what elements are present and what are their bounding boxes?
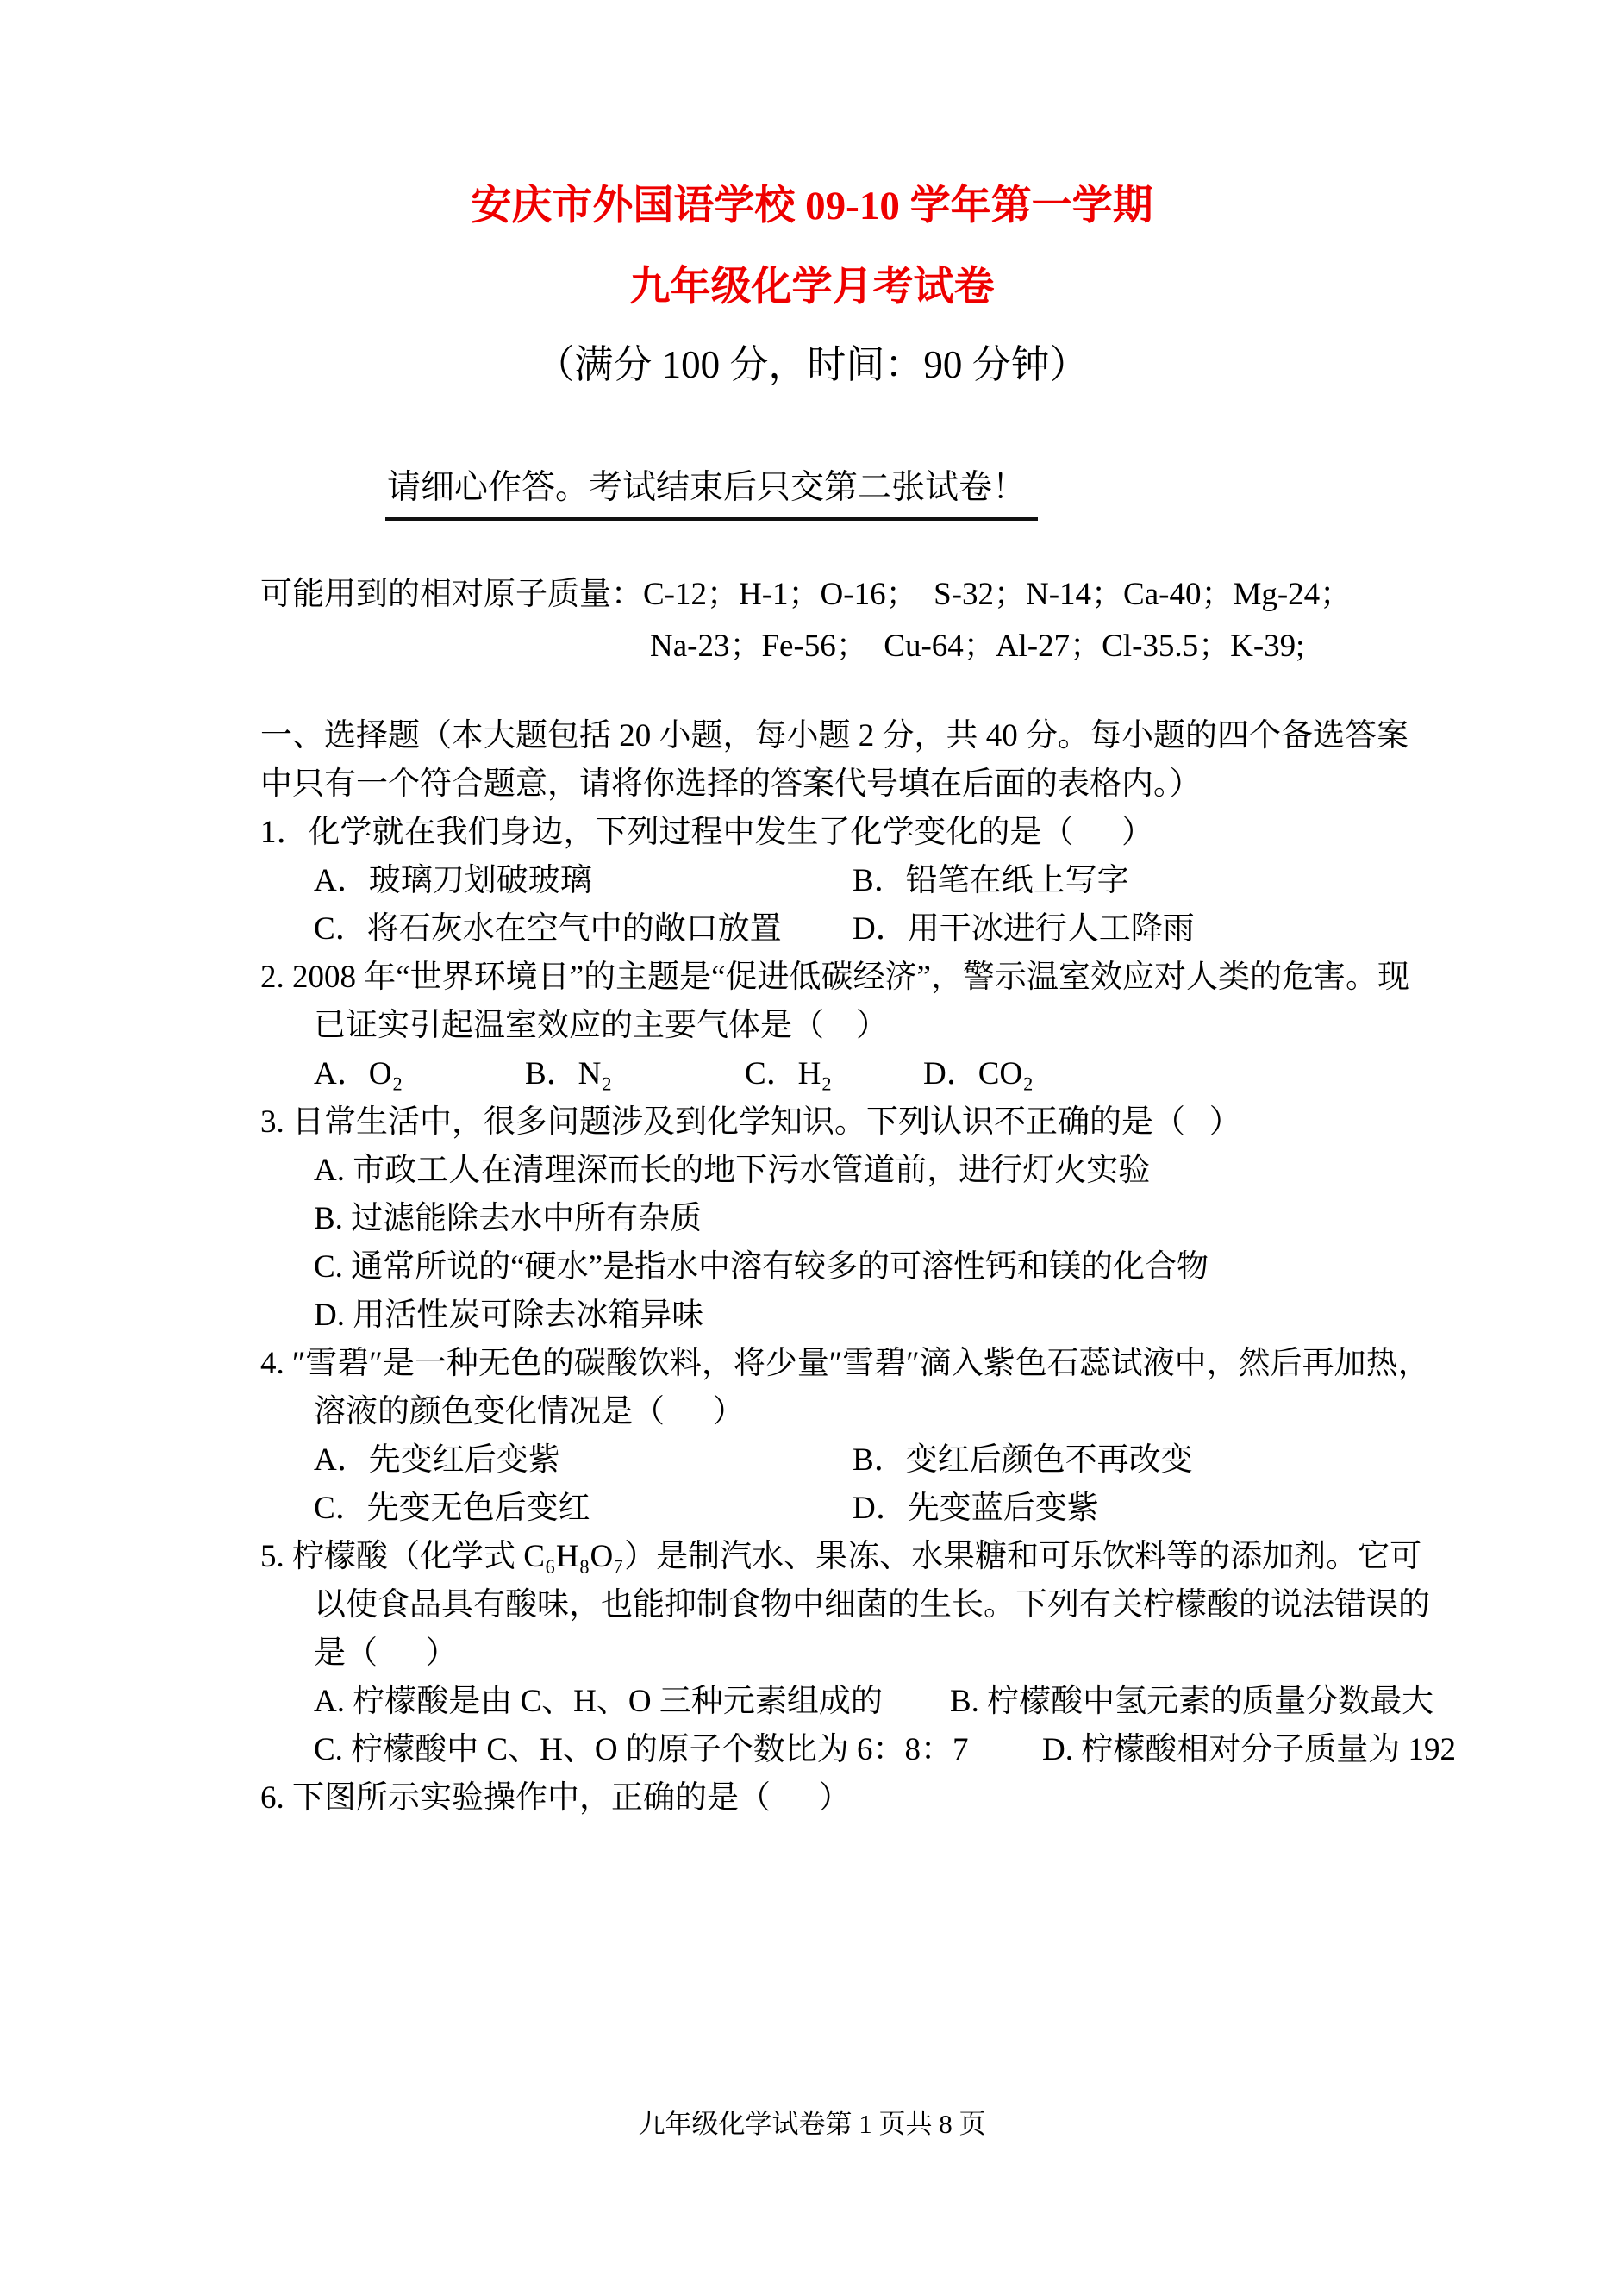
q5-option-d: D. 柠檬酸相对分子质量为 192 xyxy=(1042,1732,1456,1767)
exam-header: 安庆市外国语学校 09-10 学年第一学期 九年级化学月考试卷 （满分 100 … xyxy=(0,0,1624,385)
q1-stem: 1．化学就在我们身边，下列过程中发生了化学变化的是（ ） xyxy=(260,809,1484,857)
q5-option-a: A. 柠檬酸是由 C、H、O 三种元素组成的 xyxy=(314,1678,950,1726)
atomic-masses-line1: 可能用到的相对原子质量：C-12；H-1；O-16； S-32；N-14；Ca-… xyxy=(260,569,1484,621)
notice-row: 请细心作答。考试结束后只交第二张试卷！ xyxy=(385,466,1484,521)
q2-option-b: B．N₂ xyxy=(525,1050,745,1098)
q4-stem-line2: 溶液的颜色变化情况是（ ） xyxy=(314,1388,1484,1436)
q2-stem-line1: 2. 2008 年“世界环境日”的主题是“促进低碳经济”，警示温室效应对人类的危… xyxy=(260,954,1484,1002)
exam-notice: 请细心作答。考试结束后只交第二张试卷！ xyxy=(385,466,1038,521)
q2-stem-line2: 已证实引起温室效应的主要气体是（ ） xyxy=(314,1002,1484,1050)
q2-option-d: D．CO₂ xyxy=(923,1056,1034,1091)
q4-options-row2: C．先变无色后变红D．先变蓝后变紫 xyxy=(314,1485,1484,1533)
q5-option-c: C. 柠檬酸中 C、H、O 的原子个数比为 6：8：7 xyxy=(314,1726,1042,1774)
q5-stem-line2: 以使食品具有酸味，也能抑制食物中细菌的生长。下列有关柠檬酸的说法错误的 xyxy=(314,1581,1484,1629)
q4-options-row1: A．先变红后变紫B．变红后颜色不再改变 xyxy=(314,1436,1484,1485)
q3-option-a: A. 市政工人在清理深而长的地下污水管道前，进行灯火实验 xyxy=(314,1147,1484,1195)
exam-score-time: （满分 100 分，时间：90 分钟） xyxy=(0,346,1624,385)
exam-page: 安庆市外国语学校 09-10 学年第一学期 九年级化学月考试卷 （满分 100 … xyxy=(0,0,1624,2295)
q4-option-d: D．先变蓝后变紫 xyxy=(853,1491,1099,1526)
exam-title: 九年级化学月考试卷 xyxy=(0,267,1624,308)
q2-option-c: C．H₂ xyxy=(745,1050,923,1098)
q2-option-a: A．O₂ xyxy=(314,1050,525,1098)
school-term-title: 安庆市外国语学校 09-10 学年第一学期 xyxy=(0,186,1624,227)
q1-options-row2: C．将石灰水在空气中的敞口放置D．用干冰进行人工降雨 xyxy=(314,905,1484,954)
q1-option-a: A．玻璃刀划破玻璃 xyxy=(314,857,853,905)
exam-body: 请细心作答。考试结束后只交第二张试卷！ 可能用到的相对原子质量：C-12；H-1… xyxy=(260,466,1484,1823)
q5-options-row1: A. 柠檬酸是由 C、H、O 三种元素组成的B. 柠檬酸中氢元素的质量分数最大 xyxy=(314,1678,1484,1726)
atomic-masses-line2: Na-23；Fe-56； Cu-64；Al-27；Cl-35.5；K-39; xyxy=(650,621,1484,672)
q4-option-b: B．变红后颜色不再改变 xyxy=(853,1442,1193,1478)
q4-stem-line1: 4. ″雪碧″是一种无色的碳酸饮料，将少量″雪碧″滴入紫色石蕊试液中，然后再加热… xyxy=(260,1340,1484,1388)
q4-option-c: C．先变无色后变红 xyxy=(314,1485,853,1533)
q2-options-row: A．O₂B．N₂C．H₂D．CO₂ xyxy=(314,1050,1484,1098)
section-heading-line2: 中只有一个符合题意，请将你选择的答案代号填在后面的表格内。） xyxy=(260,760,1484,809)
q5-option-b: B. 柠檬酸中氢元素的质量分数最大 xyxy=(950,1684,1433,1719)
q1-options-row1: A．玻璃刀划破玻璃B．铅笔在纸上写字 xyxy=(314,857,1484,905)
q1-option-c: C．将石灰水在空气中的敞口放置 xyxy=(314,905,853,954)
q1-option-b: B．铅笔在纸上写字 xyxy=(853,863,1129,898)
q5-stem-line3: 是（ ） xyxy=(314,1629,1484,1678)
q3-option-d: D. 用活性炭可除去冰箱异味 xyxy=(314,1291,1484,1340)
q6-stem: 6. 下图所示实验操作中，正确的是（ ） xyxy=(260,1774,1484,1823)
q1-option-d: D．用干冰进行人工降雨 xyxy=(853,911,1195,947)
q3-option-b: B. 过滤能除去水中所有杂质 xyxy=(314,1195,1484,1243)
q3-stem: 3. 日常生活中，很多问题涉及到化学知识。下列认识不正确的是（ ） xyxy=(260,1098,1484,1147)
section-heading-line1: 一、选择题（本大题包括 20 小题，每小题 2 分，共 40 分。每小题的四个备… xyxy=(260,712,1484,760)
q3-option-c: C. 通常所说的“硬水”是指水中溶有较多的可溶性钙和镁的化合物 xyxy=(314,1243,1484,1291)
q4-option-a: A．先变红后变紫 xyxy=(314,1436,853,1485)
q5-options-row2: C. 柠檬酸中 C、H、O 的原子个数比为 6：8：7D. 柠檬酸相对分子质量为… xyxy=(314,1726,1484,1774)
page-footer: 九年级化学试卷第 1 页共 8 页 xyxy=(0,2102,1624,2141)
q5-stem-line1: 5. 柠檬酸（化学式 C₆H₈O₇）是制汽水、果冻、水果糖和可乐饮料等的添加剂。… xyxy=(260,1533,1484,1581)
